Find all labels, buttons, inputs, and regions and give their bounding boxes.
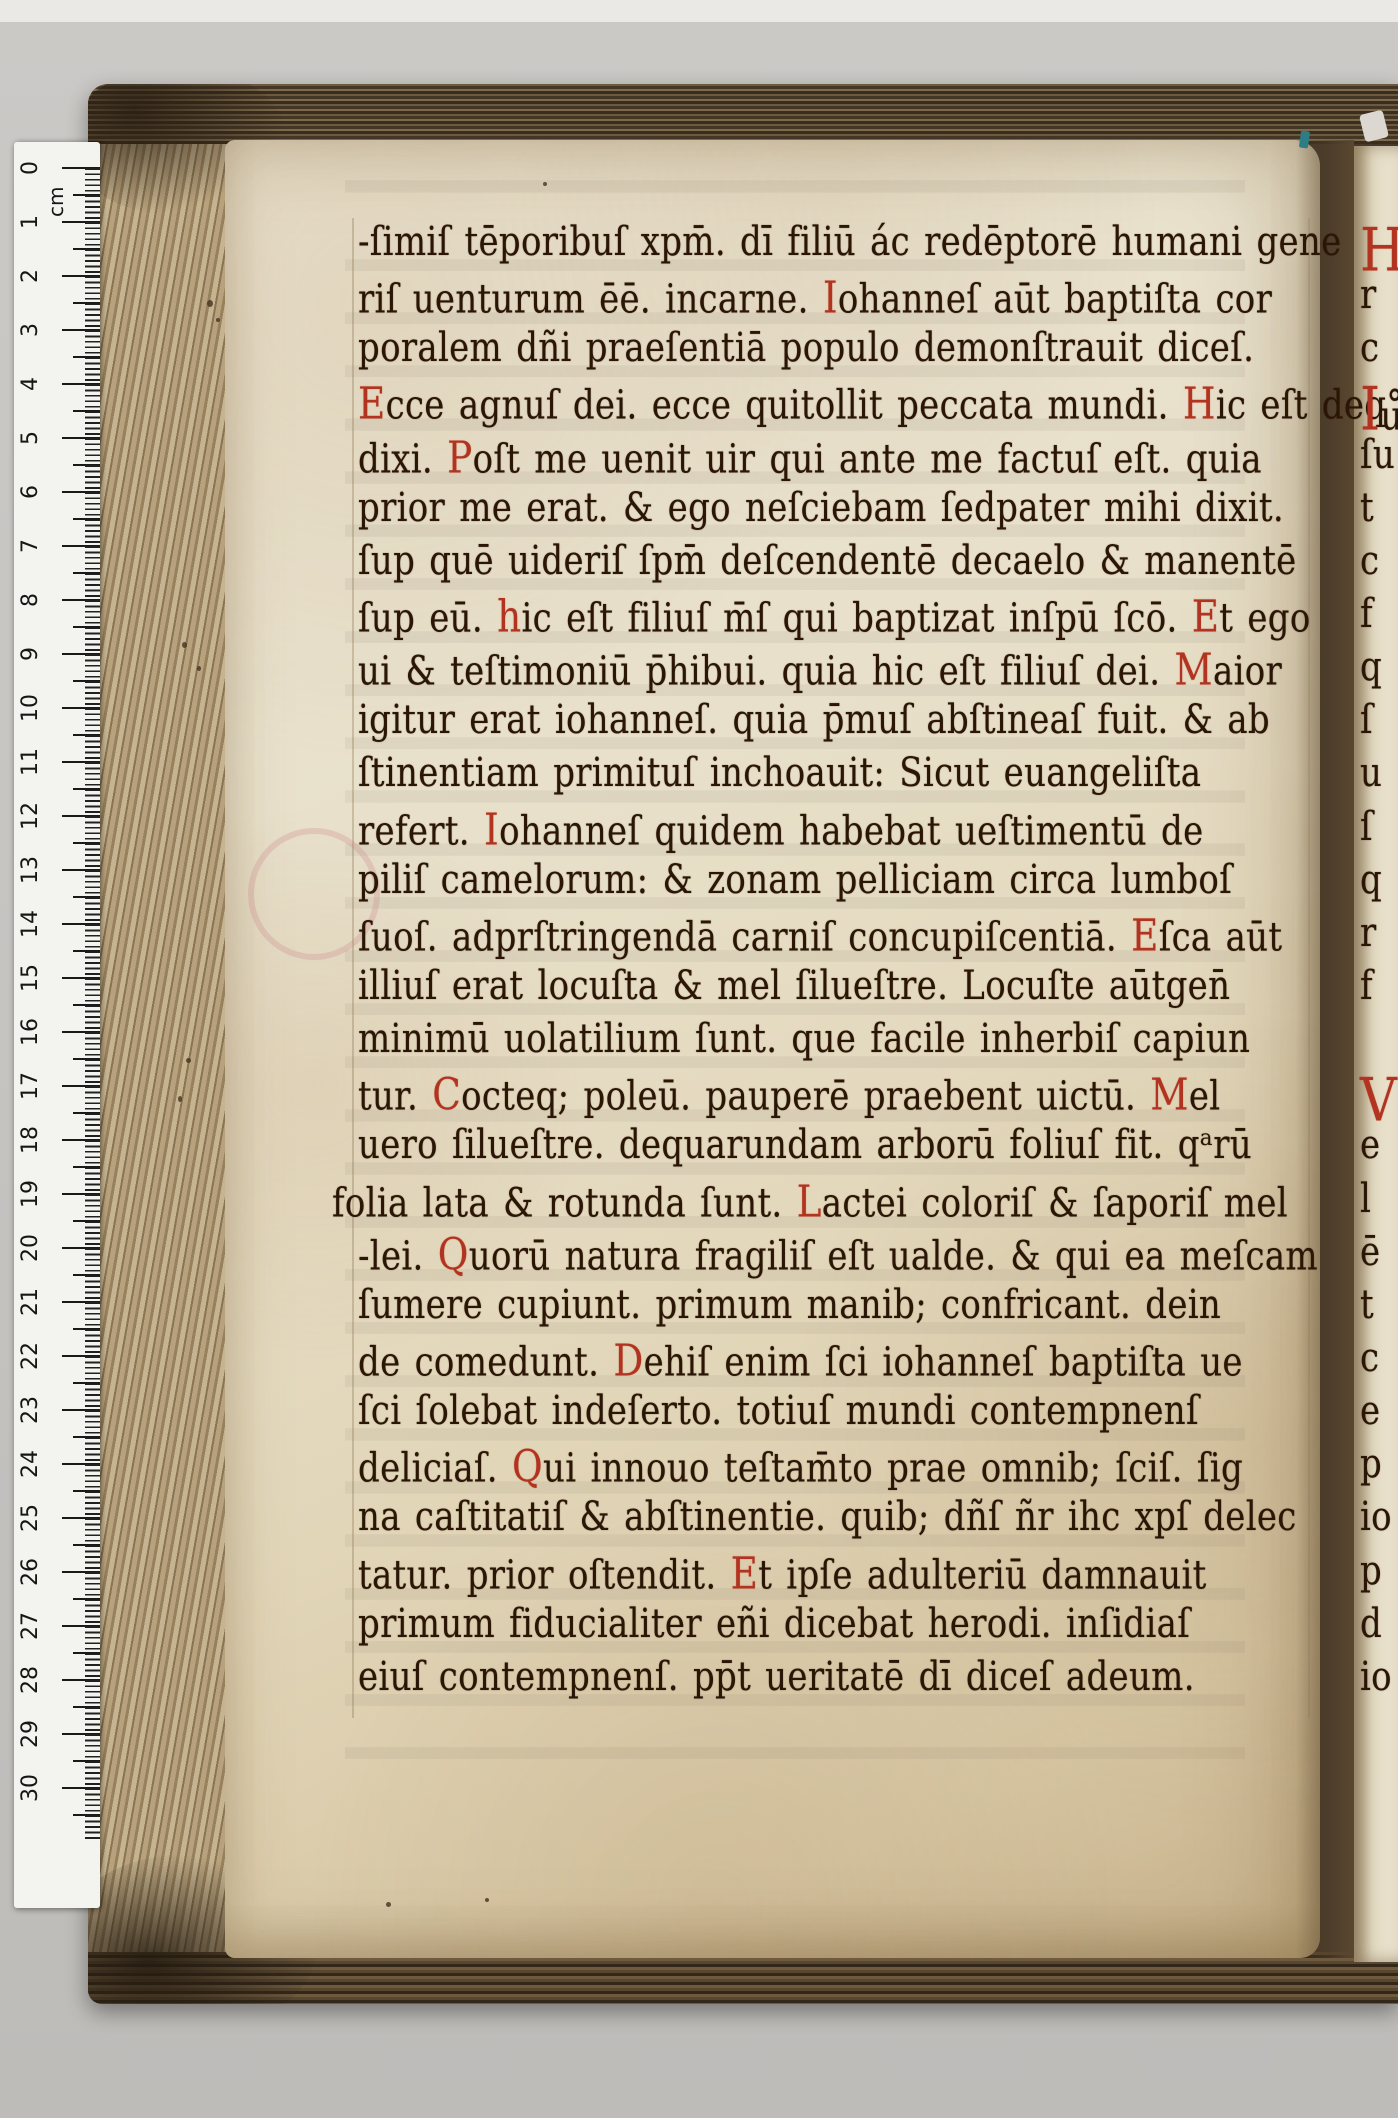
fragment-line-text: t (1360, 485, 1374, 532)
ruler-number: 25 (18, 1503, 44, 1533)
rubric-initial: D (613, 1334, 643, 1385)
fragment-line-text: f (1360, 963, 1373, 1010)
ink-text: poralem dñi praeſentiā populo demonſtrau… (358, 325, 1254, 372)
ruler-half-tick (73, 302, 100, 304)
manuscript-line-text: na caſtitatiſ & abſtinentie. quib; dñſ ñ… (358, 1494, 1297, 1541)
manuscript-line: poralem dñi praeſentiā populo demonſtrau… (358, 330, 1318, 383)
manuscript-line: minimū uolatilium ſunt. que facile inher… (358, 1021, 1318, 1074)
manuscript-line-text: riſ uenturum ēē. incarne. Iohanneſ aūt b… (358, 272, 1272, 323)
fragment-line: Vo (1360, 1074, 1398, 1127)
ink-text: uero ſilueſtre. dequarundam arborū foliu… (358, 1122, 1252, 1169)
manuscript-line: ui & teſtimoniū p̄hibui. quia hic eſt fi… (358, 649, 1318, 702)
manuscript-line-text: primum fiducialiter eñi dicebat herodi. … (358, 1601, 1190, 1648)
rubric-initial: I (823, 272, 838, 323)
manuscript-line: dixi. Poſt me uenit uir qui ante me fact… (358, 437, 1318, 490)
ink-text: riſ uenturum ēē. incarne. (358, 276, 823, 323)
ink-text: t ipſe adulteriū damnauit (758, 1552, 1206, 1599)
manuscript-line: primum fiducialiter eñi dicebat herodi. … (358, 1606, 1318, 1659)
manuscript-line: na caſtitatiſ & abſtinentie. quib; dñſ ñ… (358, 1499, 1318, 1552)
ruler-number: 6 (18, 477, 44, 507)
ruler-number: 14 (18, 909, 44, 939)
manuscript-photo: -ſimiſ tēporibuſ xpm̄. dī filiū ác redēp… (0, 0, 1398, 2118)
manuscript-line-text: ſuoſ. adprſtringendā carniſ concupiſcent… (358, 909, 1282, 960)
rubric-initial: E (358, 378, 386, 429)
manuscript-line-text: poralem dñi praeſentiā populo demonſtrau… (358, 325, 1254, 372)
ruler-half-tick (73, 788, 100, 790)
ruling-margin-line (352, 218, 354, 1718)
ink-text: minimū uolatilium ſunt. que facile inher… (358, 1016, 1250, 1063)
manuscript-line-text: -lei. Quorū natura fragiliſ eſt ualde. &… (358, 1228, 1318, 1279)
ink-speck (197, 666, 201, 671)
ruler-scale: 0 1 2 3 4 5 6 (14, 168, 100, 1842)
ruler-half-tick (73, 248, 100, 250)
ink-text: eiuſ contempnenſ. pp̄t ueritatē dī diceſ… (358, 1654, 1195, 1701)
ink-text: q (1360, 644, 1382, 691)
rubric-initial: M (1174, 644, 1213, 695)
ruler-number: 13 (18, 855, 44, 885)
fragment-line-text: io (1360, 1654, 1392, 1701)
ruler-number: 10 (18, 693, 44, 723)
rubric-initial: E (731, 1547, 759, 1598)
fragment-line-text: ſ (1360, 697, 1373, 744)
fragment-line: t (1360, 490, 1398, 543)
fragment-line: io (1360, 1499, 1398, 1552)
ink-text: ſtinentiam primituſ inchoauit: Sicut eua… (358, 750, 1201, 797)
ruler-number: 24 (18, 1449, 44, 1479)
ruler-half-tick (73, 1544, 100, 1546)
fragment-line-text: u (1360, 750, 1382, 797)
ink-text: ſuoſ. adprſtringendā carniſ concupiſcent… (358, 914, 1131, 961)
ink-text: ohanneſ quidem habebat ueſtimentū de (499, 808, 1203, 855)
ink-speck (207, 300, 213, 307)
ink-text: na caſtitatiſ & abſtinentie. quib; dñſ ñ… (358, 1494, 1297, 1541)
ink-speck (178, 1096, 182, 1102)
ink-text: octeq; poleū. pauperē praebent uictū. (461, 1073, 1150, 1120)
manuscript-line: igitur erat iohanneſ. quia p̄muſ abſtine… (358, 702, 1318, 755)
ruler-half-tick (73, 1652, 100, 1654)
backdrop-light-strip (0, 0, 1398, 22)
ink-text: ehiſ enim ſci iohanneſ baptiſta ue (644, 1339, 1243, 1386)
fragment-line-text: e (1360, 1122, 1380, 1169)
fragment-line: p (1360, 1553, 1398, 1606)
fragment-line-text: c (1360, 325, 1379, 372)
manuscript-line-text: ui & teſtimoniū p̄hibui. quia hic eſt fi… (358, 644, 1282, 695)
fragment-line: c (1360, 1340, 1398, 1393)
ruler-number: 20 (18, 1233, 44, 1263)
manuscript-line: illiuſ erat locuſta & mel ſilueſtre. Loc… (358, 968, 1318, 1021)
ink-text: e (1360, 1388, 1380, 1435)
ink-text: ic eſt filiuſ m̄ſ qui baptizat inſpū ſcō… (521, 595, 1191, 642)
ink-text: u (1360, 750, 1382, 797)
ruler-number: 15 (18, 963, 44, 993)
ink-speck (216, 318, 220, 322)
ruler-half-tick (73, 1166, 100, 1168)
fragment-line: d (1360, 1606, 1398, 1659)
fragment-line: p (1360, 1446, 1398, 1499)
ruler-number: 0 (18, 153, 44, 183)
manuscript-line: -ſimiſ tēporibuſ xpm̄. dī filiū ác redēp… (358, 224, 1318, 277)
fragment-line: l (1360, 1181, 1398, 1234)
manuscript-line: tur. Cocteq; poleū. pauperē praebent uic… (358, 1074, 1318, 1127)
manuscript-line-text: ſci ſolebat indeſerto. totiuſ mundi cont… (358, 1388, 1199, 1435)
fragment-line: t (1360, 1287, 1398, 1340)
ruler-half-tick (73, 1706, 100, 1708)
ruler-number: 8 (18, 585, 44, 615)
ink-text: folia lata & rotunda ſunt. (332, 1180, 797, 1227)
ruler-half-tick (73, 1328, 100, 1330)
manuscript-line-text: folia lata & rotunda ſunt. Lactei colori… (345, 1175, 1288, 1226)
ink-speck (485, 1898, 489, 1902)
ruler-cm-block: 30 (14, 1788, 100, 1842)
ruler-number: 23 (18, 1395, 44, 1425)
ink-text: prior me erat. & ego neſciebam ſedpater … (358, 485, 1284, 532)
ink-text: actei coloriſ & ſaporiſ mel (822, 1180, 1288, 1227)
fragment-line-text: c (1360, 1335, 1379, 1382)
fragment-line: ſu (1360, 437, 1398, 490)
manuscript-line-text: eiuſ contempnenſ. pp̄t ueritatē dī diceſ… (358, 1654, 1195, 1701)
rubric-initial: E (1192, 590, 1220, 641)
ruler-number: 26 (18, 1557, 44, 1587)
ink-text: de comedunt. (358, 1339, 613, 1386)
manuscript-line-text: piliſ camelorum: & zonam pelliciam circa… (358, 857, 1232, 904)
manuscript-line-text: tur. Cocteq; poleū. pauperē praebent uic… (358, 1069, 1220, 1120)
ink-text: ſu (1360, 431, 1395, 478)
ruler-half-tick (73, 1760, 100, 1762)
ink-speck (186, 1058, 191, 1063)
ruler-number: 2 (18, 261, 44, 291)
cm-ruler: cm 0 1 2 3 4 5 (14, 142, 100, 1908)
manuscript-line: riſ uenturum ēē. incarne. Iohanneſ aūt b… (358, 277, 1318, 330)
rubric-initial: Q (438, 1228, 469, 1279)
fragment-line-text: l (1360, 1175, 1371, 1222)
ruler-number: 21 (18, 1287, 44, 1317)
ink-text: -lei. (358, 1233, 438, 1280)
ink-text: tur. (358, 1073, 432, 1120)
manuscript-line-text: de comedunt. Dehiſ enim ſci iohanneſ bap… (358, 1334, 1243, 1385)
ink-text: piliſ camelorum: & zonam pelliciam circa… (358, 857, 1232, 904)
ruler-half-tick (73, 896, 100, 898)
ruler-number: 9 (18, 639, 44, 669)
fragment-line-text: c (1360, 538, 1379, 585)
fragment-line-text: t (1360, 1282, 1374, 1329)
ruler-half-tick (73, 356, 100, 358)
ink-text: aior (1213, 648, 1282, 695)
ruler-number: 5 (18, 423, 44, 453)
manuscript-line: piliſ camelorum: & zonam pelliciam circa… (358, 862, 1318, 915)
ink-text: dixi. (358, 436, 447, 483)
manuscript-line-text: deliciaſ. Qui innouo teſtam̄to prae omni… (358, 1441, 1243, 1492)
ink-text: ſci ſolebat indeſerto. totiuſ mundi cont… (358, 1388, 1199, 1435)
manuscript-line: eiuſ contempnenſ. pp̄t ueritatē dī diceſ… (358, 1659, 1318, 1712)
ruler-half-tick (73, 1004, 100, 1006)
ink-text: tatur. prior oſtendit. (358, 1552, 731, 1599)
manuscript-line-text: tatur. prior oſtendit. Et ipſe adulteriū… (358, 1547, 1207, 1598)
ruler-half-tick (73, 1598, 100, 1600)
manuscript-line-text: prior me erat. & ego neſciebam ſedpater … (358, 485, 1284, 532)
ink-text: p (1360, 1547, 1382, 1594)
ink-text: q (1360, 857, 1382, 904)
ink-text: ſca aūt (1159, 914, 1283, 961)
manuscript-line: deliciaſ. Qui innouo teſtam̄to prae omni… (358, 1446, 1318, 1499)
fragment-line-text: q (1360, 644, 1382, 691)
fragment-line-text: q (1360, 857, 1382, 904)
ruler-half-tick (73, 842, 100, 844)
fragment-line: r (1360, 915, 1398, 968)
ink-text: t (1360, 485, 1374, 532)
manuscript-line-text: illiuſ erat locuſta & mel ſilueſtre. Loc… (358, 963, 1230, 1010)
fragment-line-text: d (1360, 1601, 1382, 1648)
fragment-line: c (1360, 543, 1398, 596)
ruler-number: 4 (18, 369, 44, 399)
fragment-line: f (1360, 596, 1398, 649)
ruler-half-tick (73, 410, 100, 412)
ink-speck (386, 1902, 391, 1907)
ruler-half-tick (73, 680, 100, 682)
ink-text: p (1360, 1441, 1382, 1488)
ink-text: t ego (1219, 595, 1310, 642)
fragment-line: ē (1360, 1234, 1398, 1287)
ink-text: cce agnuſ dei. ecce quitollit peccata mu… (386, 382, 1183, 429)
fragment-line-text: ſ (1360, 803, 1373, 850)
ink-text: -ſimiſ tēporibuſ xpm̄. dī filiū ác redēp… (358, 219, 1342, 266)
fragment-line-text: e (1360, 1388, 1380, 1435)
ink-text: r (1360, 910, 1377, 957)
ink-text: oſt me uenit uir qui ante me factuſ eſt.… (473, 436, 1262, 483)
fragment-line: q (1360, 862, 1398, 915)
ink-text: ē (1360, 1229, 1380, 1276)
ink-text: deliciaſ. (358, 1445, 512, 1492)
fragment-line-text: ſu (1360, 431, 1395, 478)
manuscript-line-text: ſup eū. hic eſt filiuſ m̄ſ qui baptizat … (358, 590, 1311, 641)
ruler-number: 18 (18, 1125, 44, 1155)
ink-text: c (1360, 538, 1379, 585)
manuscript-line-text: ſtinentiam primituſ inchoauit: Sicut eua… (358, 750, 1201, 797)
manuscript-line: uero ſilueſtre. dequarundam arborū foliu… (358, 1127, 1318, 1180)
fragment-line: Ho (1360, 224, 1398, 277)
rubric-initial: P (447, 431, 472, 482)
ink-text: t (1360, 1282, 1374, 1329)
manuscript-line: refert. Iohanneſ quidem habebat ueſtimen… (358, 809, 1318, 862)
fragment-line-text: r (1360, 910, 1377, 957)
fragment-line: u (1360, 755, 1398, 808)
ruler-half-tick (73, 1490, 100, 1492)
ruler-number: 3 (18, 315, 44, 345)
fragment-line: io (1360, 1659, 1398, 1712)
manuscript-line: folia lata & rotunda ſunt. Lactei colori… (358, 1181, 1318, 1234)
ruler-number: 7 (18, 531, 44, 561)
ink-text: ſumere cupiunt. primum manib; confricant… (358, 1282, 1221, 1329)
ink-text: ui & teſtimoniū p̄hibui. quia hic eſt fi… (358, 648, 1174, 695)
ink-text: ſup eū. (358, 595, 497, 642)
manuscript-line-text: ſup quē uideriſ ſpm̄ deſcendentē decaelo… (358, 538, 1297, 585)
manuscript-line: Ecce agnuſ dei. ecce quitollit peccata m… (358, 383, 1318, 436)
fragment-line-text: r (1360, 272, 1377, 319)
ruler-half-tick (73, 734, 100, 736)
ink-text: l (1360, 1175, 1371, 1222)
manuscript-line: ſci ſolebat indeſerto. totiuſ mundi cont… (358, 1393, 1318, 1446)
ink-text: igitur erat iohanneſ. quia p̄muſ abſtine… (358, 697, 1270, 744)
ink-text: e (1360, 1122, 1380, 1169)
ink-text: ui innouo teſtam̄to prae omnib; ſciſ. ſi… (543, 1445, 1243, 1492)
ruler-number: 22 (18, 1341, 44, 1371)
ruler-half-tick (73, 1436, 100, 1438)
ink-text: c (1360, 325, 1379, 372)
fragment-line-text: p (1360, 1441, 1382, 1488)
ruler-number: 30 (18, 1773, 44, 1803)
ink-text: ſup quē uideriſ ſpm̄ deſcendentē decaelo… (358, 538, 1297, 585)
book-fore-edge (88, 84, 238, 2004)
fragment-line-text: p (1360, 1547, 1382, 1594)
manuscript-line: ſup quē uideriſ ſpm̄ deſcendentē decaelo… (358, 543, 1318, 596)
manuscript-line-text: refert. Iohanneſ quidem habebat ueſtimen… (358, 803, 1204, 854)
ink-text: f (1360, 591, 1373, 638)
ink-text: io (1360, 1654, 1392, 1701)
manuscript-line: ſuoſ. adprſtringendā carniſ concupiſcent… (358, 915, 1318, 968)
ruler-half-tick (73, 1112, 100, 1114)
fragment-line-text: io (1360, 1494, 1392, 1541)
ruler-number: 16 (18, 1017, 44, 1047)
ink-text: primum fiducialiter eñi dicebat herodi. … (358, 1601, 1190, 1648)
rubric-initial: C (432, 1069, 461, 1120)
manuscript-line: prior me erat. & ego neſciebam ſedpater … (358, 490, 1318, 543)
ruler-half-tick (73, 464, 100, 466)
manuscript-line-text: uero ſilueſtre. dequarundam arborū foliu… (358, 1122, 1252, 1169)
fragment-line: ſ (1360, 809, 1398, 862)
ink-speck (182, 642, 187, 648)
fragment-line-text: ē (1360, 1229, 1380, 1276)
next-page-text-fragments: Ho r c Iu ſu t c f q ſ u ſ (1360, 224, 1398, 1712)
rubric-initial: I (484, 803, 499, 854)
ink-text: el (1189, 1073, 1221, 1120)
ink-text: refert. (358, 808, 484, 855)
ink-text: c (1360, 1335, 1379, 1382)
manuscript-line: ſtinentiam primituſ inchoauit: Sicut eua… (358, 755, 1318, 808)
fragment-line: q (1360, 649, 1398, 702)
fragment-line-text: f (1360, 591, 1373, 638)
rubric-initial: Q (512, 1441, 543, 1492)
ruler-number: 29 (18, 1719, 44, 1749)
ruler-number: 27 (18, 1611, 44, 1641)
rubric-initial: h (497, 590, 521, 641)
rubric-initial: E (1131, 909, 1159, 960)
manuscript-line: ſumere cupiunt. primum manib; confricant… (358, 1287, 1318, 1340)
ruler-number: 1 (18, 207, 44, 237)
fragment-line: f (1360, 968, 1398, 1021)
ruler-half-tick (73, 1814, 100, 1816)
ruler-number: 19 (18, 1179, 44, 1209)
ink-text: ſ (1360, 803, 1373, 850)
ink-text: r (1360, 272, 1377, 319)
manuscript-line-text: -ſimiſ tēporibuſ xpm̄. dī filiū ác redēp… (358, 219, 1342, 266)
ruler-half-tick (73, 1220, 100, 1222)
ruler-half-tick (73, 626, 100, 628)
fragment-line: ſ (1360, 702, 1398, 755)
fragment-line: Iu (1360, 383, 1398, 436)
ruler-half-tick (73, 572, 100, 574)
ruler-half-tick (73, 1058, 100, 1060)
ruler-half-tick (73, 194, 100, 196)
ink-text: io (1360, 1494, 1392, 1541)
ink-text: illiuſ erat locuſta & mel ſilueſtre. Loc… (358, 963, 1230, 1010)
text-block: -ſimiſ tēporibuſ xpm̄. dī filiū ác redēp… (358, 224, 1318, 1712)
manuscript-line: ſup eū. hic eſt filiuſ m̄ſ qui baptizat … (358, 596, 1318, 649)
manuscript-line-text: ſumere cupiunt. primum manib; confricant… (358, 1282, 1221, 1329)
manuscript-line: -lei. Quorū natura fragiliſ eſt ualde. &… (358, 1234, 1318, 1287)
ruler-number: 11 (18, 747, 44, 777)
manuscript-line-text: igitur erat iohanneſ. quia p̄muſ abſtine… (358, 697, 1270, 744)
manuscript-line-text: dixi. Poſt me uenit uir qui ante me fact… (358, 431, 1262, 482)
ruler-half-tick (73, 1274, 100, 1276)
rubric-initial: L (797, 1175, 822, 1226)
rubric-initial: H (1183, 378, 1216, 429)
ink-text: ſ (1360, 697, 1373, 744)
ink-text: d (1360, 1601, 1382, 1648)
ruler-half-tick (73, 518, 100, 520)
ink-text: ohanneſ aūt baptiſta cor (838, 276, 1272, 323)
ink-speck (543, 182, 547, 186)
manuscript-line: de comedunt. Dehiſ enim ſci iohanneſ bap… (358, 1340, 1318, 1393)
ruler-half-tick (73, 950, 100, 952)
rubric-initial: M (1150, 1069, 1189, 1120)
ruler-number: 12 (18, 801, 44, 831)
manuscript-line-text: minimū uolatilium ſunt. que facile inher… (358, 1016, 1250, 1063)
manuscript-line-text: Ecce agnuſ dei. ecce quitollit peccata m… (358, 378, 1398, 429)
manuscript-line: tatur. prior oſtendit. Et ipſe adulteriū… (358, 1553, 1318, 1606)
ruler-number: 28 (18, 1665, 44, 1695)
ink-text: uorū natura fragiliſ eſt ualde. & qui ea… (469, 1233, 1318, 1280)
ruler-number: 17 (18, 1071, 44, 1101)
ruler-half-tick (73, 1382, 100, 1384)
fragment-line: e (1360, 1393, 1398, 1446)
ink-text: f (1360, 963, 1373, 1010)
